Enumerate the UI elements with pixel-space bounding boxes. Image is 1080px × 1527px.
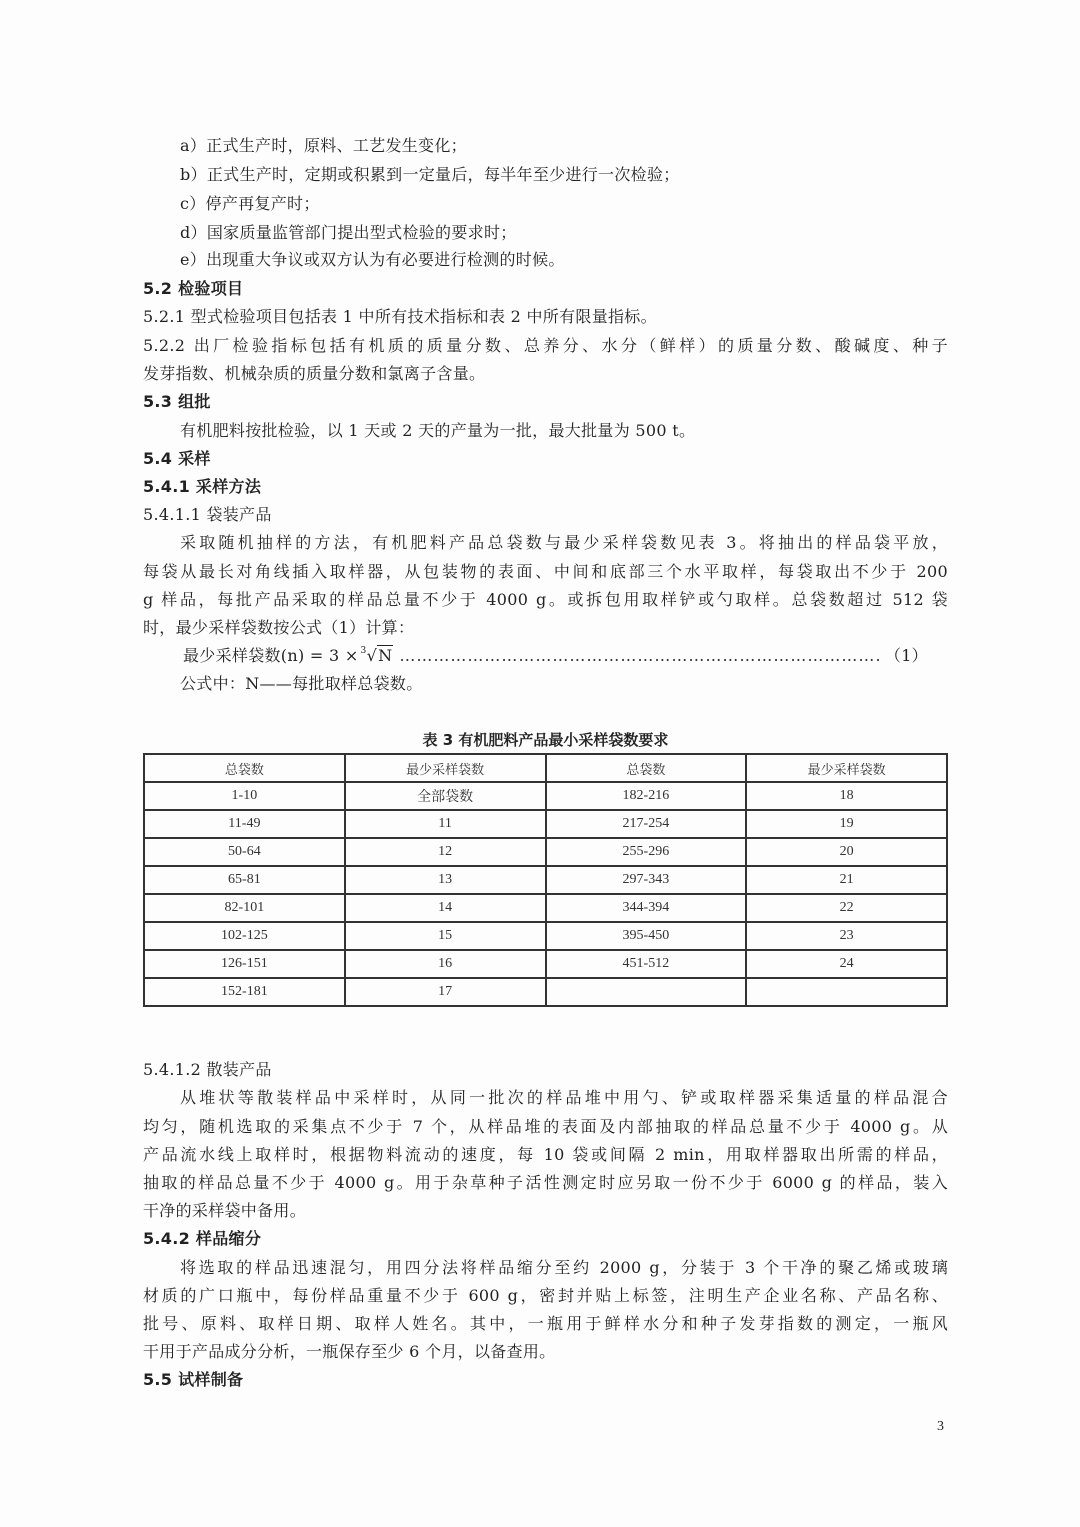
- paragraph-5-4-1-2-line4: 抽取的样品总量不少于 4000 g。用于杂草种子活性测定时应另取一份不少于 60…: [143, 1173, 948, 1193]
- table-3: 总袋数 最少采样袋数 总袋数 最少采样袋数 1-10 全部袋数 182-216 …: [143, 753, 948, 1007]
- section-heading-5-3: 5.3 组批: [143, 392, 948, 412]
- formula-number: （1）: [885, 646, 928, 666]
- root-index: 3: [361, 646, 367, 656]
- subsection-heading-5-4-1-1: 5.4.1.1 袋装产品: [143, 505, 948, 525]
- table-cell: 22: [746, 894, 947, 922]
- paragraph-5-4-1-2-line2: 均匀，随机选取的采集点不少于 7 个，从样品堆的表面及内部抽取的样品总量不少于 …: [143, 1117, 948, 1137]
- paragraph-5-4-1-2-line1: 从堆状等散装样品中采样时，从同一批次的样品堆中用勺、铲或取样器采集适量的样品混合: [180, 1088, 948, 1108]
- list-item-c: c）停产再复产时；: [180, 194, 985, 214]
- table-cell: 126-151: [144, 950, 345, 978]
- paragraph-5-4-2-line4: 干用于产品成分分析，一瓶保存至少 6 个月，以备查用。: [143, 1342, 948, 1362]
- table-cell: 15: [345, 922, 546, 950]
- formula-1: 最少采样袋数(n) = 3 × 3√N ………………………………………………………: [183, 646, 928, 669]
- table-cell: 50-64: [144, 838, 345, 866]
- paragraph-5-4-2-line2: 材质的广口瓶中，每份样品重量不少于 600 g，密封并贴上标签，注明生产企业名称…: [143, 1286, 948, 1306]
- table-row: 1-10 全部袋数 182-216 18: [144, 782, 947, 810]
- header-min-sample-bags-2: 最少采样袋数: [746, 754, 947, 782]
- table-cell: 20: [746, 838, 947, 866]
- radical-sign-icon: √: [367, 646, 378, 665]
- table-3-caption: 表 3 有机肥料产品最小采样袋数要求: [143, 730, 948, 750]
- paragraph-5-4-1-1-line4: 时，最少采样袋数按公式（1）计算：: [143, 618, 948, 638]
- table-cell: 18: [746, 782, 947, 810]
- table-cell: [546, 978, 747, 1006]
- table-row: 65-81 13 297-343 21: [144, 866, 947, 894]
- table-row: 11-49 11 217-254 19: [144, 810, 947, 838]
- table-cell: 102-125: [144, 922, 345, 950]
- list-item-b: b）正式生产时，定期或积累到一定量后，每半年至少进行一次检验；: [180, 165, 985, 185]
- table-cell: 17: [345, 978, 546, 1006]
- paragraph-5-2-1: 5.2.1 型式检验项目包括表 1 中所有技术指标和表 2 中所有限量指标。: [143, 307, 948, 327]
- table-row: 102-125 15 395-450 23: [144, 922, 947, 950]
- table-cell: 全部袋数: [345, 782, 546, 810]
- table-cell: 21: [746, 866, 947, 894]
- table-cell: 395-450: [546, 922, 747, 950]
- paragraph-5-2-2-line2: 发芽指数、机械杂质的质量分数和氯离子含量。: [143, 364, 948, 384]
- cube-root-expression: 3√N: [359, 646, 394, 669]
- list-item-a: a）正式生产时，原料、工艺发生变化；: [180, 136, 985, 156]
- page-number: 3: [937, 1419, 944, 1435]
- list-item-d: d）国家质量监管部门提出型式检验的要求时；: [180, 223, 985, 243]
- header-total-bags-1: 总袋数: [144, 754, 345, 782]
- table-cell: 255-296: [546, 838, 747, 866]
- table-cell: 344-394: [546, 894, 747, 922]
- section-heading-5-4-1: 5.4.1 采样方法: [143, 477, 948, 497]
- paragraph-5-4-1-1-line3: g 样品，每批产品采取的样品总量不少于 4000 g。或拆包用取样铲或勺取样。总…: [143, 590, 948, 610]
- table-header-row: 总袋数 最少采样袋数 总袋数 最少采样袋数: [144, 754, 947, 782]
- table-cell: [746, 978, 947, 1006]
- dot-leader: ……………………………………………………………………………………………………………: [399, 646, 879, 666]
- paragraph-5-4-2-line3: 批号、原料、取样日期、取样人姓名。其中，一瓶用于鲜样水分和种子发芽指数的测定，一…: [143, 1314, 948, 1334]
- table-cell: 16: [345, 950, 546, 978]
- table-cell: 12: [345, 838, 546, 866]
- subsection-heading-5-4-1-2: 5.4.1.2 散装产品: [143, 1060, 948, 1080]
- paragraph-5-4-2-line1: 将选取的样品迅速混匀，用四分法将样品缩分至约 2000 g，分装于 3 个干净的…: [180, 1258, 948, 1278]
- paragraph-5-3: 有机肥料按批检验，以 1 天或 2 天的产量为一批，最大批量为 500 t。: [180, 421, 985, 441]
- section-heading-5-4: 5.4 采样: [143, 449, 948, 469]
- paragraph-5-4-1-2-line3: 产品流水线上取样时，根据物料流动的速度，每 10 袋或间隔 2 min，用取样器…: [143, 1145, 948, 1165]
- section-heading-5-2: 5.2 检验项目: [143, 279, 948, 299]
- paragraph-5-2-2-line1: 5.2.2 出厂检验指标包括有机质的质量分数、总养分、水分（鲜样）的质量分数、酸…: [143, 336, 948, 356]
- table-row: 50-64 12 255-296 20: [144, 838, 947, 866]
- table-row: 152-181 17: [144, 978, 947, 1006]
- table-cell: 19: [746, 810, 947, 838]
- table-cell: 13: [345, 866, 546, 894]
- table-cell: 11: [345, 810, 546, 838]
- table-cell: 297-343: [546, 866, 747, 894]
- table-cell: 1-10: [144, 782, 345, 810]
- table-cell: 11-49: [144, 810, 345, 838]
- paragraph-5-4-1-1-line1: 采取随机抽样的方法，有机肥料产品总袋数与最少采样袋数见表 3。将抽出的样品袋平放…: [180, 533, 948, 553]
- header-total-bags-2: 总袋数: [546, 754, 747, 782]
- section-heading-5-4-2: 5.4.2 样品缩分: [143, 1229, 948, 1249]
- radicand: N: [377, 645, 393, 665]
- table-cell: 24: [746, 950, 947, 978]
- section-heading-5-5: 5.5 试样制备: [143, 1370, 948, 1390]
- paragraph-5-4-1-1-line2: 每袋从最长对角线插入取样器，从包装物的表面、中间和底部三个水平取样，每袋取出不少…: [143, 562, 948, 582]
- table-cell: 451-512: [546, 950, 747, 978]
- table-cell: 23: [746, 922, 947, 950]
- header-min-sample-bags-1: 最少采样袋数: [345, 754, 546, 782]
- table-cell: 217-254: [546, 810, 747, 838]
- table-cell: 14: [345, 894, 546, 922]
- table-row: 126-151 16 451-512 24: [144, 950, 947, 978]
- list-item-e: e）出现重大争议或双方认为有必要进行检测的时候。: [180, 250, 985, 270]
- table-cell: 182-216: [546, 782, 747, 810]
- table-row: 82-101 14 344-394 22: [144, 894, 947, 922]
- formula-where-clause: 公式中：N——每批取样总袋数。: [180, 674, 985, 694]
- paragraph-5-4-1-2-line5: 干净的采样袋中备用。: [143, 1201, 948, 1221]
- formula-lhs: 最少采样袋数(n) = 3 ×: [183, 646, 359, 666]
- document-page: a）正式生产时，原料、工艺发生变化； b）正式生产时，定期或积累到一定量后，每半…: [0, 0, 1080, 1527]
- table-cell: 65-81: [144, 866, 345, 894]
- table-cell: 152-181: [144, 978, 345, 1006]
- table-cell: 82-101: [144, 894, 345, 922]
